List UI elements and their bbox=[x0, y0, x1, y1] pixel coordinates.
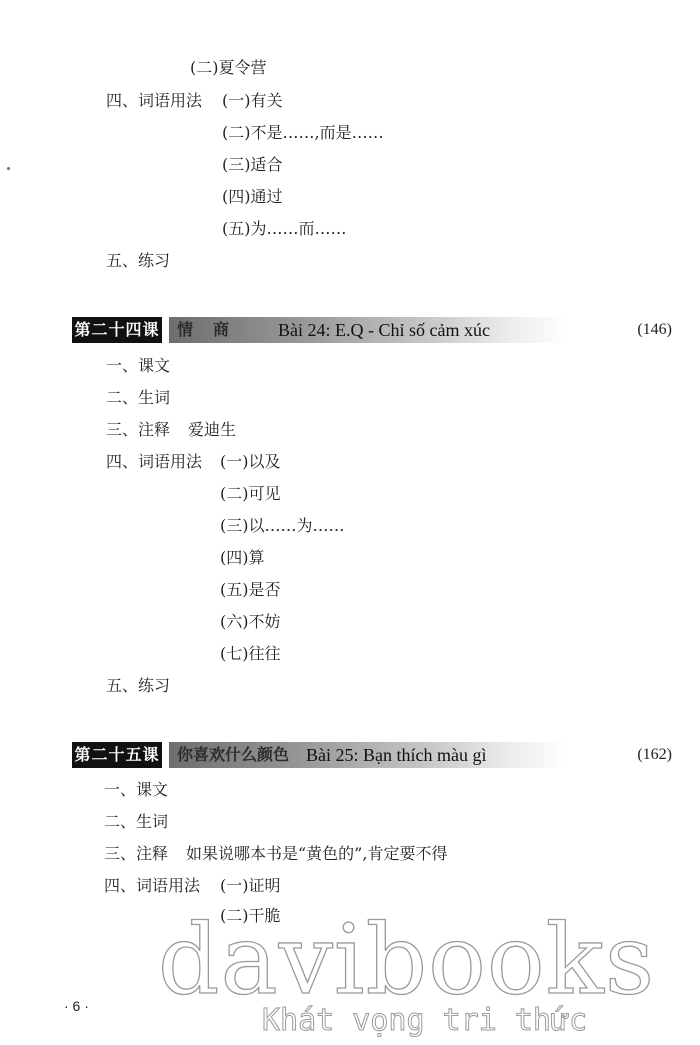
toc-section-exercise: 五、练习 bbox=[106, 676, 170, 696]
toc-section-text: 一、课文 bbox=[106, 356, 170, 376]
watermark-tagline: Khát vọng tri thức bbox=[262, 1003, 587, 1039]
toc-subitem: (二)夏令营 bbox=[190, 58, 267, 78]
scan-speck bbox=[7, 167, 10, 170]
lesson-title-bar: 你喜欢什么颜色 Bài 25: Bạn thích màu gì bbox=[169, 742, 569, 768]
lesson-page-number: (162) bbox=[637, 742, 672, 768]
lesson-page-number: (146) bbox=[637, 317, 672, 343]
toc-subitem: (四)通过 bbox=[222, 187, 283, 207]
toc-section-word-usage: 四、词语用法 bbox=[104, 876, 200, 896]
lesson-title-cn: 你喜欢什么颜色 bbox=[177, 742, 289, 768]
toc-subitem: (三)适合 bbox=[222, 155, 283, 175]
lesson-title-bar: 情 商 Bài 24: E.Q - Chỉ số cảm xúc bbox=[169, 317, 569, 343]
toc-section-exercise: 五、练习 bbox=[106, 251, 170, 271]
toc-subitem: (二)不是……,而是…… bbox=[222, 123, 384, 143]
lesson-number: 第二十四课 bbox=[72, 317, 162, 343]
toc-section-notes: 三、注释 bbox=[106, 420, 170, 440]
toc-subitem: (五)为……而…… bbox=[222, 219, 347, 239]
lesson-25-header[interactable]: 第二十五课 你喜欢什么颜色 Bài 25: Bạn thích màu gì (… bbox=[72, 742, 672, 768]
lesson-title-cn: 情 商 bbox=[177, 317, 231, 343]
toc-section-word-usage: 四、词语用法 bbox=[106, 91, 202, 111]
toc-subitem: (一)有关 bbox=[222, 91, 283, 111]
toc-section-text: 一、课文 bbox=[104, 780, 168, 800]
toc-subitem: (三)以……为…… bbox=[220, 516, 345, 536]
toc-subitem: (六)不妨 bbox=[220, 612, 281, 632]
toc-notes-value: 如果说哪本书是“黄色的”,肯定要不得 bbox=[186, 844, 447, 864]
toc-subitem: (五)是否 bbox=[220, 580, 281, 600]
toc-subitem: (一)以及 bbox=[220, 452, 281, 472]
lesson-24-header[interactable]: 第二十四课 情 商 Bài 24: E.Q - Chỉ số cảm xúc (… bbox=[72, 317, 672, 343]
toc-section-word-usage: 四、词语用法 bbox=[106, 452, 202, 472]
page-number: · 6 · bbox=[64, 998, 89, 1014]
lesson-title-vi: Bài 24: E.Q - Chỉ số cảm xúc bbox=[278, 317, 490, 343]
toc-section-vocab: 二、生词 bbox=[104, 812, 168, 832]
lesson-title-vi: Bài 25: Bạn thích màu gì bbox=[306, 742, 486, 768]
toc-subitem: (一)证明 bbox=[220, 876, 281, 896]
toc-section-notes: 三、注释 bbox=[104, 844, 168, 864]
lesson-number: 第二十五课 bbox=[72, 742, 162, 768]
toc-subitem: (七)往往 bbox=[220, 644, 281, 664]
toc-subitem: (二)可见 bbox=[220, 484, 281, 504]
toc-section-vocab: 二、生词 bbox=[106, 388, 170, 408]
watermark-brand: davibooks bbox=[158, 910, 655, 1010]
toc-subitem: (四)算 bbox=[220, 548, 265, 568]
toc-notes-value: 爱迪生 bbox=[188, 420, 236, 440]
